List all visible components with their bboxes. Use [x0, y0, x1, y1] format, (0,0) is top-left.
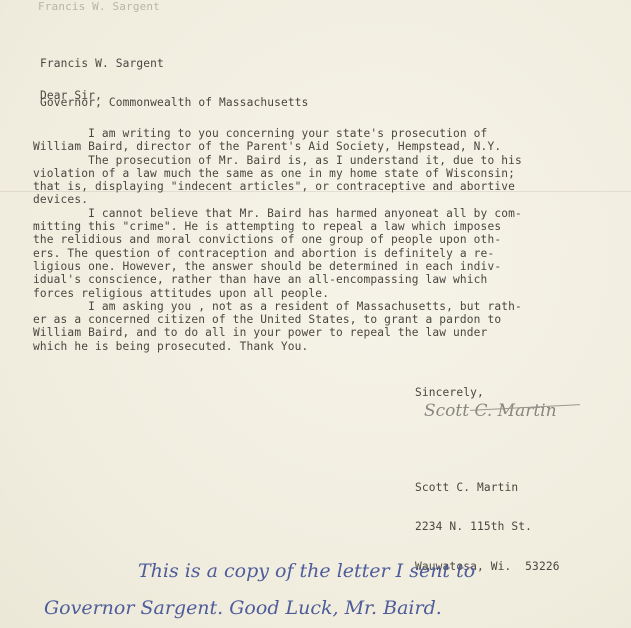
body-line: ligious one. However, the answer should … [33, 260, 522, 273]
body-line: which he is being prosecuted. Thank You. [33, 340, 522, 353]
handwritten-note-line-2: Governor Sargent. Good Luck, Mr. Baird. [44, 597, 442, 619]
closing: Sincerely, [415, 386, 484, 399]
handwritten-note-line-1: This is a copy of the letter I sent to [138, 560, 475, 582]
handwritten-signature: Scott C. Martin [424, 401, 557, 421]
body-line: violation of a law much the same as one … [33, 167, 522, 180]
body-line: I cannot believe that Mr. Baird has harm… [33, 207, 522, 220]
body-line: er as a concerned citizen of the United … [33, 313, 522, 326]
body-line: forces religious attitudes upon all peop… [33, 287, 522, 300]
body-line: ers. The question of contraception and a… [33, 247, 522, 260]
body-line: that is, displaying "indecent articles",… [33, 180, 522, 193]
sender-name: Scott C. Martin [415, 481, 560, 494]
body-line: I am asking you , not as a resident of M… [33, 300, 522, 313]
body-line: William Baird, and to do all in your pow… [33, 326, 522, 339]
body-line: The prosecution of Mr. Baird is, as I un… [33, 154, 522, 167]
body-line: mitting this "crime". He is attempting t… [33, 220, 522, 233]
letter-body: I am writing to you concerning your stat… [33, 127, 522, 353]
letter-paper: Francis W. Sargent Francis W. Sargent Go… [0, 0, 631, 628]
addressee-name: Francis W. Sargent [40, 57, 309, 70]
faded-header: Francis W. Sargent [38, 0, 160, 13]
body-line: William Baird, director of the Parent's … [33, 140, 522, 153]
sender-street: 2234 N. 115th St. [415, 520, 560, 533]
salutation: Dear Sir, [40, 89, 102, 102]
body-line: the relidious and moral convictions of o… [33, 233, 522, 246]
body-line: I am writing to you concerning your stat… [33, 127, 522, 140]
body-line: idual's conscience, rather than have an … [33, 273, 522, 286]
addressee-block: Francis W. Sargent Governor, Commonwealt… [40, 30, 309, 136]
body-line: devices. [33, 193, 522, 206]
